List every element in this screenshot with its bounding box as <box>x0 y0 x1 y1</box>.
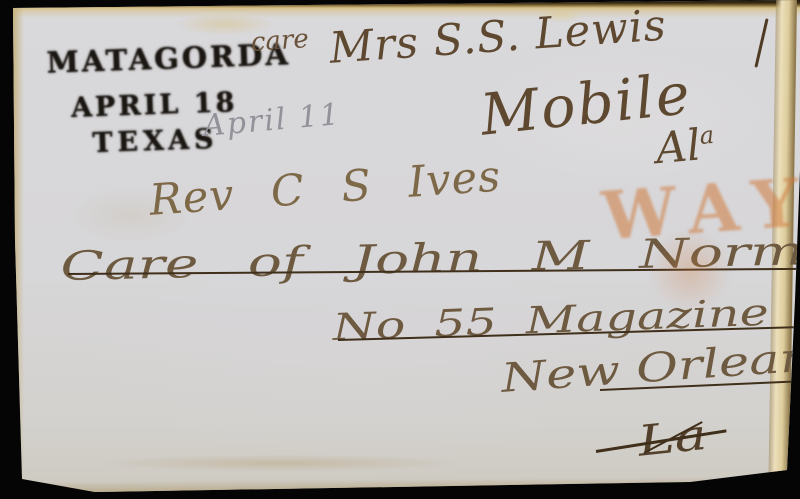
pen-stroke-mark <box>754 18 768 67</box>
way-stamp-smear <box>645 225 735 315</box>
paper-top-edge <box>0 0 800 18</box>
matagorda-postmark: MATAGORDA APRIL 18 TEXAS <box>46 38 262 160</box>
paper-bottom-edge <box>20 476 790 493</box>
envelope-paper: MATAGORDA APRIL 18 TEXAS care Mrs S.S. L… <box>0 0 800 499</box>
struck-address-line-3: New Orleans <box>500 335 800 398</box>
care-annotation: care <box>250 26 310 56</box>
postmark-town-line: MATAGORDA <box>46 38 259 79</box>
state-main: Al <box>654 120 703 174</box>
state-abbreviation: Ala <box>654 123 717 171</box>
recipient-name: Rev C S Ives <box>148 155 502 222</box>
state-superscript: a <box>698 121 715 150</box>
photo-backdrop: MATAGORDA APRIL 18 TEXAS care Mrs S.S. L… <box>0 0 800 499</box>
pencil-date: April 11 <box>202 100 342 142</box>
paper-left-edge <box>13 6 24 484</box>
